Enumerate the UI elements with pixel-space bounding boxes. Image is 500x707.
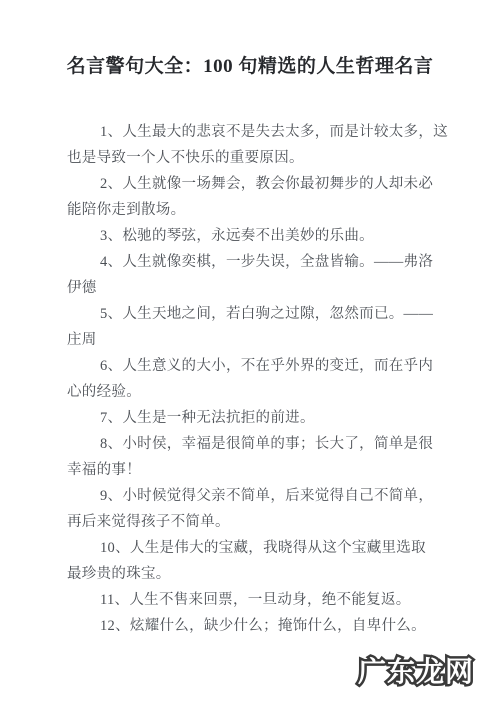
quote-line: 也是导致一个人不快乐的重要原因。 — [67, 145, 480, 171]
quote-paragraph: 1、人生最大的悲哀不是失去太多，而是计较太多，这也是导致一个人不快乐的重要原因。 — [67, 119, 480, 171]
quote-line: 7、人生是一种无法抗拒的前进。 — [67, 405, 480, 431]
quote-paragraph: 11、人生不售来回票，一旦动身，绝不能复返。 — [67, 587, 480, 613]
quote-line: 能陪你走到散场。 — [67, 197, 480, 223]
quote-paragraph: 4、人生就像奕棋，一步失误，全盘皆输。——弗洛伊德 — [67, 249, 480, 301]
quote-line: 2、人生就像一场舞会，教会你最初舞步的人却未必 — [67, 171, 480, 197]
watermark: 广东龙网 广东龙网 — [358, 653, 488, 695]
quote-line: 3、松驰的琴弦，永远奏不出美妙的乐曲。 — [67, 223, 480, 249]
quote-line: 1、人生最大的悲哀不是失去太多，而是计较太多，这 — [67, 119, 480, 145]
quote-line: 10、人生是伟大的宝藏，我晓得从这个宝藏里选取 — [67, 535, 480, 561]
quote-line: 8、小时侯，幸福是很简单的事；长大了，简单是很 — [67, 431, 480, 457]
quote-paragraph: 10、人生是伟大的宝藏，我晓得从这个宝藏里选取最珍贵的珠宝。 — [67, 535, 480, 587]
quote-paragraph: 9、小时候觉得父亲不简单，后来觉得自己不简单，再后来觉得孩子不简单。 — [67, 483, 480, 535]
quote-paragraph: 5、人生天地之间，若白驹之过隙，忽然而已。——庄周 — [67, 301, 480, 353]
quote-line: 最珍贵的珠宝。 — [67, 561, 480, 587]
quote-line: 再后来觉得孩子不简单。 — [67, 509, 480, 535]
quote-line: 9、小时候觉得父亲不简单，后来觉得自己不简单， — [67, 483, 480, 509]
quote-line: 幸福的事！ — [67, 457, 480, 483]
quote-line: 6、人生意义的大小，不在乎外界的变迁，而在乎内 — [67, 353, 480, 379]
page-title: 名言警句大全：100 句精选的人生哲理名言 — [0, 0, 500, 82]
quote-paragraph: 12、炫耀什么，缺少什么；掩饰什么，自卑什么。 — [67, 613, 480, 639]
quote-line: 5、人生天地之间，若白驹之过隙，忽然而已。—— — [67, 301, 480, 327]
watermark-text: 广东龙网 — [358, 653, 474, 691]
quote-list: 1、人生最大的悲哀不是失去太多，而是计较太多，这也是导致一个人不快乐的重要原因。… — [0, 119, 500, 639]
quote-line: 11、人生不售来回票，一旦动身，绝不能复返。 — [67, 587, 480, 613]
quote-line: 庄周 — [67, 327, 480, 353]
quote-line: 心的经验。 — [67, 379, 480, 405]
document-page: 名言警句大全：100 句精选的人生哲理名言 1、人生最大的悲哀不是失去太多，而是… — [0, 0, 500, 707]
quote-line: 12、炫耀什么，缺少什么；掩饰什么，自卑什么。 — [67, 613, 480, 639]
quote-paragraph: 8、小时侯，幸福是很简单的事；长大了，简单是很幸福的事！ — [67, 431, 480, 483]
quote-line: 4、人生就像奕棋，一步失误，全盘皆输。——弗洛 — [67, 249, 480, 275]
quote-paragraph: 6、人生意义的大小，不在乎外界的变迁，而在乎内心的经验。 — [67, 353, 480, 405]
quote-line: 伊德 — [67, 275, 480, 301]
quote-paragraph: 3、松驰的琴弦，永远奏不出美妙的乐曲。 — [67, 223, 480, 249]
quote-paragraph: 7、人生是一种无法抗拒的前进。 — [67, 405, 480, 431]
quote-paragraph: 2、人生就像一场舞会，教会你最初舞步的人却未必能陪你走到散场。 — [67, 171, 480, 223]
